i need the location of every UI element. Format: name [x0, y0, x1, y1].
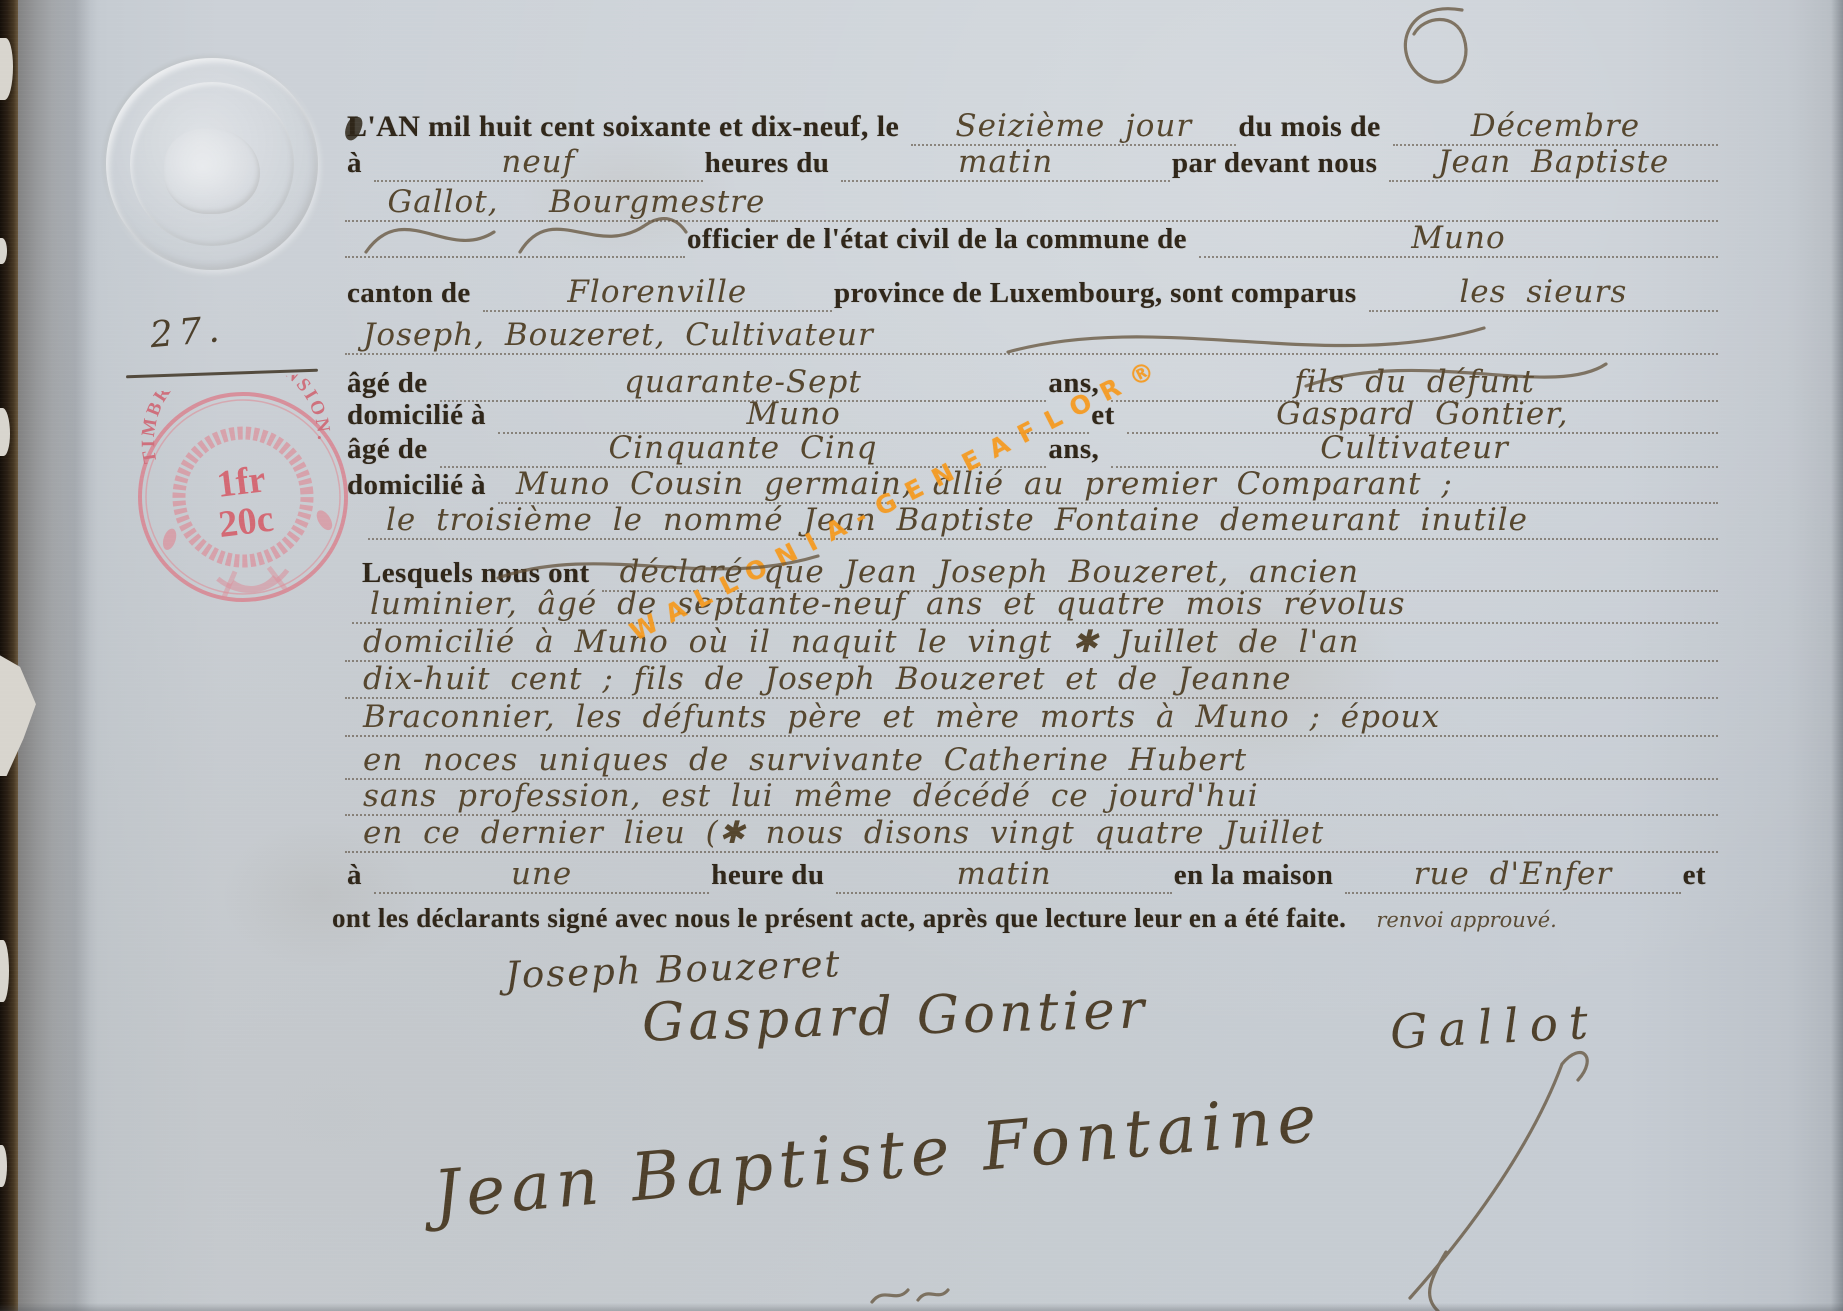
handwritten-entry: neuf [374, 146, 703, 182]
printed-form-text: à [345, 147, 374, 182]
act-line-2: àneufheures dumatinpar devant nousJean B… [345, 138, 1718, 182]
handwritten-entry: matin [841, 146, 1170, 182]
handwritten-entry: les sieurs [1369, 276, 1718, 312]
handwritten-entry: en ce dernier lieu (✱ nous disons vingt … [345, 817, 1718, 853]
blank-dotted-rule [345, 222, 685, 258]
handwritten-entry: Jean Baptiste [1389, 146, 1718, 182]
scanned-register-page: 27. TIMBRE DE DIMENSION. 1fr 20c L'AN mi… [0, 0, 1843, 1311]
page-bottom-edge-shadow [0, 1303, 1843, 1311]
printed-form-text: heure du [709, 859, 836, 894]
handwritten-entry: Joseph, Bouzeret, Cultivateur [345, 319, 1718, 355]
printed-form-text: par devant nous [1170, 147, 1389, 182]
act-line-19: en ce dernier lieu (✱ nous disons vingt … [345, 809, 1718, 853]
act-line-5: canton deFlorenvilleprovince de Luxembou… [345, 268, 1718, 312]
printed-form-text: canton de [345, 277, 483, 312]
act-line-6: Joseph, Bouzeret, Cultivateur [345, 311, 1718, 355]
page-right-edge-shadow [1831, 0, 1843, 1311]
handwritten-entry: Braconnier, les défunts père et mère mor… [345, 701, 1718, 737]
printed-form-text: heures du [703, 147, 842, 182]
act-line-4: officier de l'état civil de la commune d… [345, 214, 1718, 258]
act-line-16: Braconnier, les défunts père et mère mor… [345, 693, 1718, 737]
marginal-note: renvoi approuvé. [1358, 908, 1556, 936]
handwritten-entry: rue d'Enfer [1345, 858, 1680, 894]
printed-form-text: ont les déclarants signé avec nous le pr… [330, 903, 1358, 936]
act-line-11: le troisième le nommé Jean Baptiste Font… [368, 496, 1718, 540]
signature-gallot: Gallot [1389, 995, 1600, 1061]
handwritten-entry: une [374, 858, 709, 894]
handwritten-entry: Muno [1199, 222, 1718, 258]
printed-form-text: province de Luxembourg, sont comparus [832, 277, 1369, 312]
handwritten-entry: Florenville [483, 276, 832, 312]
act-line-20: àuneheure dumatinen la maisonrue d'Enfer… [345, 850, 1718, 894]
printed-form-text: à [345, 859, 374, 894]
act-line-21: ont les déclarants signé avec nous le pr… [330, 892, 1728, 936]
handwritten-entry: le troisième le nommé Jean Baptiste Font… [368, 504, 1718, 540]
handwritten-entry: matin [836, 858, 1171, 894]
printed-form-text: en la maison [1172, 859, 1346, 894]
printed-form-text: et [1681, 859, 1718, 894]
printed-form-text: officier de l'état civil de la commune d… [685, 223, 1199, 258]
